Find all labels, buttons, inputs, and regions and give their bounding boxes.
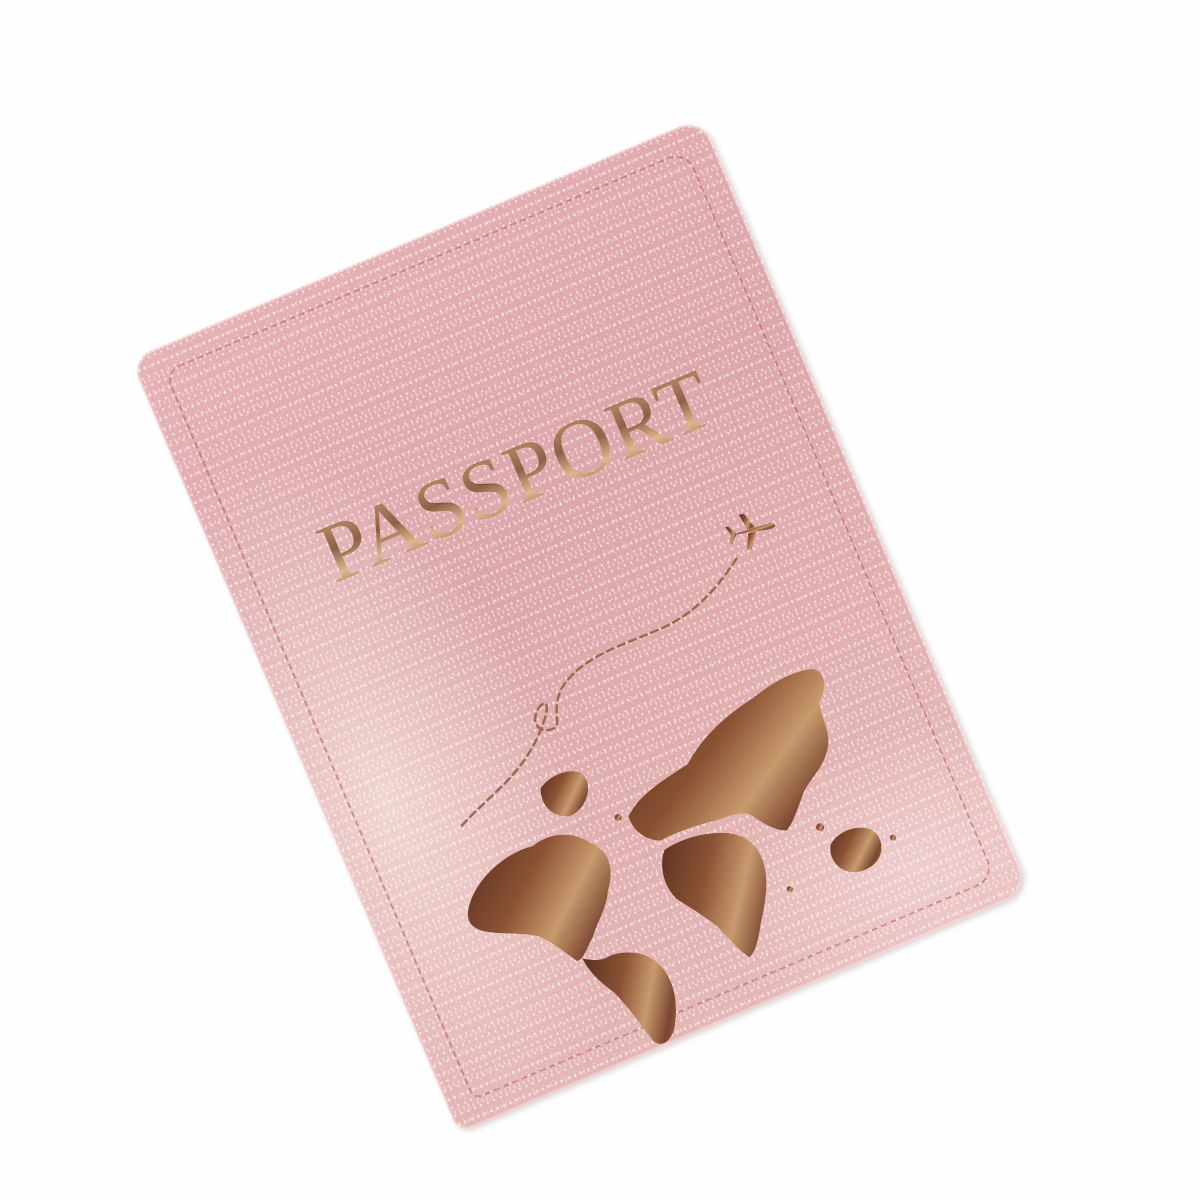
passport-cover: PASSPORT (131, 117, 1030, 1132)
airplane-icon (723, 507, 779, 553)
world-map (430, 662, 935, 1095)
product-photo: PASSPORT (0, 0, 1200, 1200)
foil-artwork (131, 117, 1030, 1132)
